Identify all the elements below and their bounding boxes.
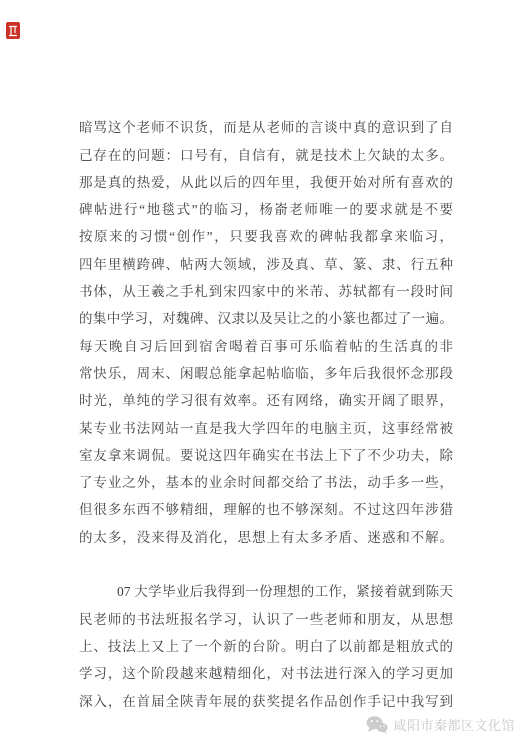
account-watermark: 咸阳市秦都区文化馆	[366, 712, 515, 736]
wechat-icon	[366, 715, 388, 734]
watermark-account-name: 咸阳市秦都区文化馆	[393, 715, 515, 734]
article-body: 暗骂这个老师不识货，而是从老师的言谈中真的意识到了自 己存在的问题：口号有，自信…	[79, 87, 453, 742]
article-paragraph-2: 07 大学毕业后我得到一份理想的工作，紧接着就到陈天 民老师的书法班报名学习，认…	[79, 578, 453, 714]
document-page: 暗骂这个老师不识货，而是从老师的言谈中真的意识到了自 己存在的问题：口号有，自信…	[0, 0, 530, 750]
red-seal-icon	[6, 22, 20, 39]
article-paragraph-1: 暗骂这个老师不识货，而是从老师的言谈中真的意识到了自 己存在的问题：口号有，自信…	[79, 114, 453, 551]
seal-background	[6, 22, 20, 39]
